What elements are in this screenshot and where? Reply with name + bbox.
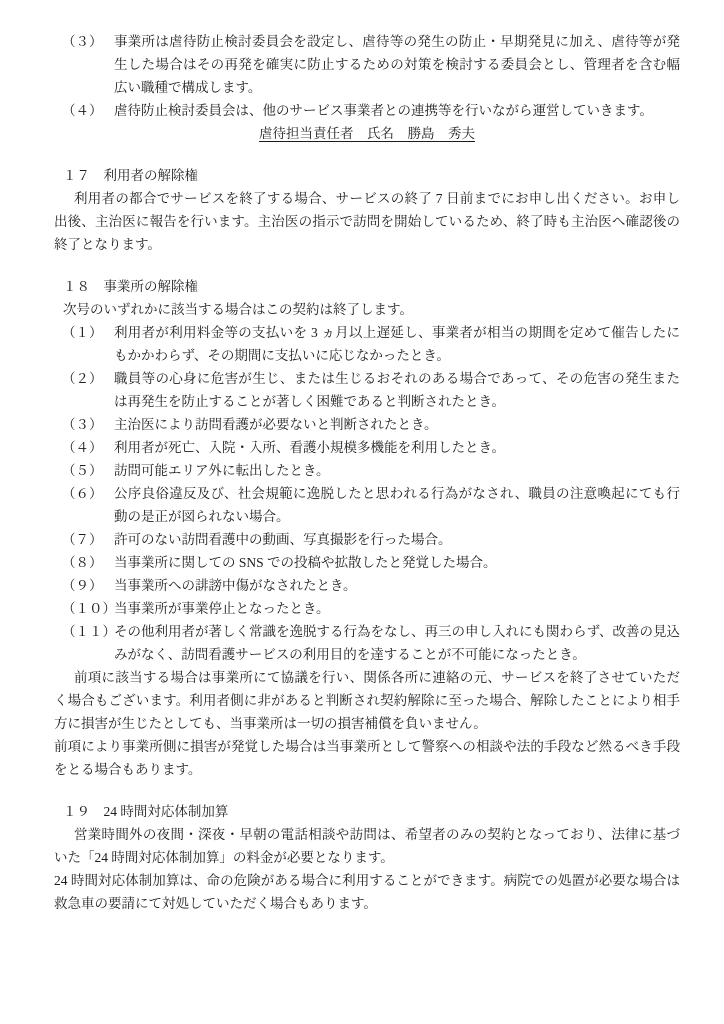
clause-text: 許可のない訪問看護中の動画、写真撮影を行った場合。 xyxy=(114,532,452,547)
clause-item: （３） 主治医により訪問看護が必要ないと判断されたとき。 xyxy=(54,413,680,436)
contract-document-page: （３） 事業所は虐待防止検討委員会を設定し、虐待等の発生の防止・早期発見に加え、… xyxy=(0,0,724,1024)
clause-number: （９） xyxy=(62,574,103,597)
clause-text: 訪問可能エリア外に転出したとき。 xyxy=(114,463,329,478)
section-19-para-fee: 営業時間外の夜間・深夜・早朝の電話相談や訪問は、希望者のみの契約となっており、法… xyxy=(54,823,680,869)
abuse-officer-name: 虐待担当責任者 氏名 勝島 秀夫 xyxy=(259,126,475,141)
clause-text: 当事業所が事業停止となったとき。 xyxy=(114,601,329,616)
clause-text: 当事業所に関しての SNS での投稿や拡散したと発覚した場合。 xyxy=(114,555,497,570)
section-17: １７ 利用者の解除権 利用者の都合でサービスを終了する場合、サービスの終了 7 … xyxy=(54,164,680,256)
clause-number: （７） xyxy=(62,528,103,551)
clause-number: （１０） xyxy=(62,597,116,620)
section-17-heading: １７ 利用者の解除権 xyxy=(54,164,680,187)
clause-number: （２） xyxy=(62,367,103,390)
clause-number: （１） xyxy=(62,321,103,344)
clause-number: （６） xyxy=(62,482,103,505)
clause-item: （１０） 当事業所が事業停止となったとき。 xyxy=(54,597,680,620)
clause-item: （９） 当事業所への誹謗中傷がなされたとき。 xyxy=(54,574,680,597)
clause-number: （５） xyxy=(62,459,103,482)
clause-number: （３） xyxy=(62,413,103,436)
section-18: １８ 事業所の解除権 次号のいずれかに該当する場合はこの契約は終了します。 （１… xyxy=(54,275,680,781)
clause-item: （７） 許可のない訪問看護中の動画、写真撮影を行った場合。 xyxy=(54,528,680,551)
clause-number: （８） xyxy=(62,551,103,574)
section-18-lead: 次号のいずれかに該当する場合はこの契約は終了します。 xyxy=(54,298,680,321)
clause-item: （５） 訪問可能エリア外に転出したとき。 xyxy=(54,459,680,482)
clause-text: 虐待防止検討委員会は、他のサービス事業者との連携等を行いながら運営していきます。 xyxy=(114,103,653,118)
clause-text: 公序良俗違反及び、社会規範に逸脱したと思われる行為がなされ、職員の注意喚起にても… xyxy=(114,486,680,524)
clause-text: 利用者が利用料金等の支払いを 3 ヵ月以上遅延し、事業者が相当の期間を定めて催告… xyxy=(114,325,680,363)
section-19: １９ 24 時間対応体制加算 営業時間外の夜間・深夜・早朝の電話相談や訪問は、希… xyxy=(54,800,680,915)
clause-number: （４） xyxy=(62,436,103,459)
section-19-heading: １９ 24 時間対応体制加算 xyxy=(54,800,680,823)
abuse-officer-name-line: 虐待担当責任者 氏名 勝島 秀夫 xyxy=(54,122,680,145)
clause-text: 当事業所への誹謗中傷がなされたとき。 xyxy=(114,578,356,593)
clause-item: （８） 当事業所に関しての SNS での投稿や拡散したと発覚した場合。 xyxy=(54,551,680,574)
clause-number: （１１） xyxy=(62,620,116,643)
clause-text: 主治医により訪問看護が必要ないと判断されたとき。 xyxy=(114,417,437,432)
clause-item: （３） 事業所は虐待防止検討委員会を設定し、虐待等の発生の防止・早期発見に加え、… xyxy=(54,30,680,99)
clause-item: （４） 利用者が死亡、入院・入所、看護小規模多機能を利用したとき。 xyxy=(54,436,680,459)
section-18-heading: １８ 事業所の解除権 xyxy=(54,275,680,298)
clause-number: （４） xyxy=(62,99,103,122)
clause-item: （１） 利用者が利用料金等の支払いを 3 ヵ月以上遅延し、事業者が相当の期間を定… xyxy=(54,321,680,367)
clause-item: （１１） その他利用者が著しく常識を逸脱する行為をなし、再三の申し入れにも関わら… xyxy=(54,620,680,666)
clause-text: その他利用者が著しく常識を逸脱する行為をなし、再三の申し入れにも関わらず、改善の… xyxy=(114,624,680,662)
clause-item: （４） 虐待防止検討委員会は、他のサービス事業者との連携等を行いながら運営してい… xyxy=(54,99,680,122)
clause-item: （２） 職員等の心身に危害が生じ、または生じるおそれのある場合であって、その危害… xyxy=(54,367,680,413)
section-17-body: 利用者の都合でサービスを終了する場合、サービスの終了 7 日前までにお申し出くだ… xyxy=(54,187,680,256)
clause-item: （６） 公序良俗違反及び、社会規範に逸脱したと思われる行為がなされ、職員の注意喚… xyxy=(54,482,680,528)
section-19-para-usage: 24 時間対応体制加算は、命の危険がある場合に利用することができます。病院での処… xyxy=(54,869,680,915)
section-18-note-termination: 前項に該当する場合は事業所にて協議を行い、関係各所に連絡の元、サービスを終了させ… xyxy=(54,666,680,735)
clause-text: 事業所は虐待防止検討委員会を設定し、虐待等の発生の防止・早期発見に加え、虐待等が… xyxy=(114,34,680,95)
clause-text: 利用者が死亡、入院・入所、看護小規模多機能を利用したとき。 xyxy=(114,440,505,455)
section-18-note-legal: 前項により事業所側に損害が発覚した場合は当事業所として警察への相談や法的手段など… xyxy=(54,735,680,781)
clause-text: 職員等の心身に危害が生じ、または生じるおそれのある場合であって、その危害の発生ま… xyxy=(114,371,680,409)
clause-number: （３） xyxy=(62,30,103,53)
